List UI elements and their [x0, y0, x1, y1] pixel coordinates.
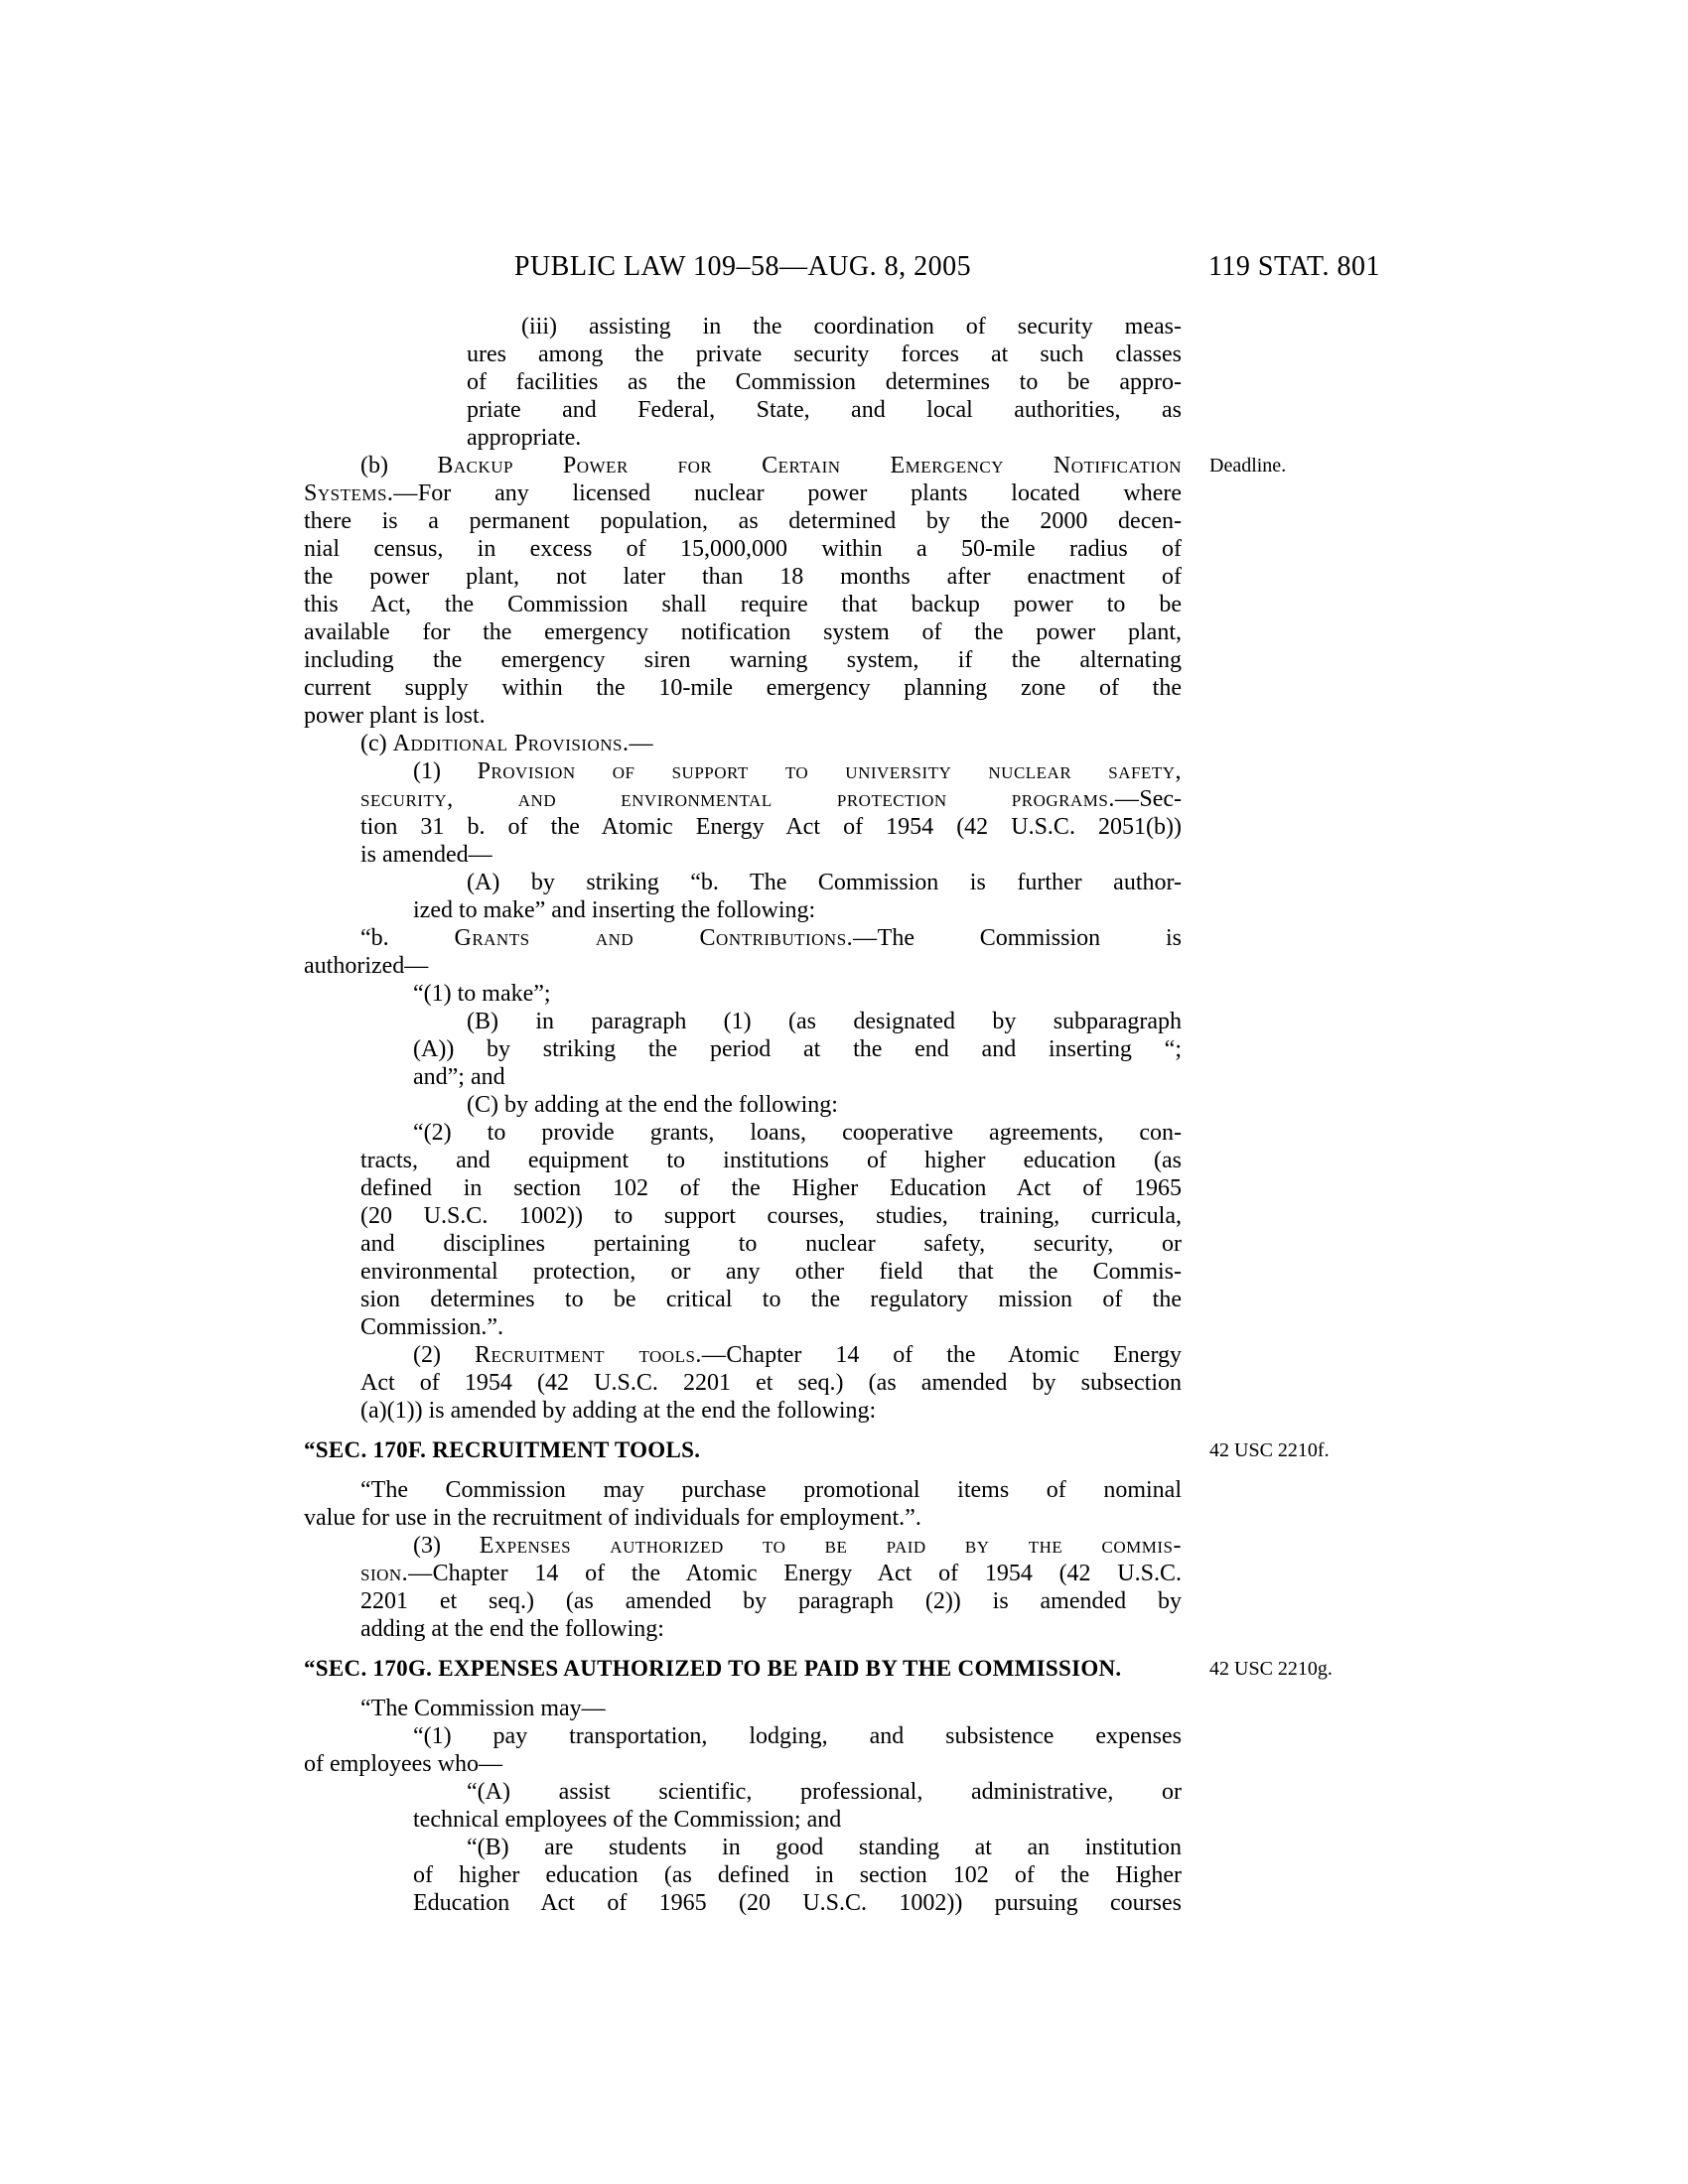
- text-run: nial census, in excess of 15,000,000 wit…: [304, 536, 1182, 562]
- bold-run: “SEC. 170G. EXPENSES AUTHORIZED TO BE PA…: [304, 1656, 1121, 1681]
- text-line: ized to make” and inserting the followin…: [304, 896, 1182, 924]
- text-line: “(1) to make”;: [304, 980, 1182, 1008]
- text-run: this Act, the Commission shall require t…: [304, 592, 1182, 617]
- text-line: tracts, and equipment to institutions of…: [304, 1147, 1182, 1174]
- text-run: “(B) are students in good standing at an…: [467, 1835, 1182, 1860]
- text-line: authorized—: [304, 952, 1182, 980]
- text-run: 2201 et seq.) (as amended by paragraph (…: [360, 1588, 1182, 1614]
- text-line: “(A) assist scientific, professional, ad…: [304, 1778, 1182, 1806]
- text-line: “The Commission may—: [304, 1695, 1182, 1722]
- text-line: (1) Provision of support to university n…: [304, 757, 1182, 785]
- text-run: Chapter 14 of the Atomic Energy: [726, 1342, 1182, 1368]
- page-header-stat-number: 119 STAT. 801: [304, 250, 1380, 284]
- section-heading-line: “SEC. 170G. EXPENSES AUTHORIZED TO BE PA…: [304, 1655, 1182, 1683]
- text-line: this Act, the Commission shall require t…: [304, 591, 1182, 618]
- text-line: (20 U.S.C. 1002)) to support courses, st…: [304, 1202, 1182, 1230]
- text-run: defined in section 102 of the Higher Edu…: [360, 1175, 1182, 1201]
- text-run: (a)(1)) is amended by adding at the end …: [360, 1398, 876, 1424]
- text-run: (iii) assisting in the coordination of s…: [521, 314, 1182, 340]
- text-line: Commission.”.: [304, 1313, 1182, 1341]
- text-run: priate and Federal, State, and local aut…: [467, 397, 1182, 423]
- text-run: (20 U.S.C. 1002)) to support courses, st…: [360, 1203, 1182, 1229]
- text-run: “(1) pay transportation, lodging, and su…: [413, 1723, 1182, 1749]
- text-run: (c): [360, 731, 393, 756]
- text-line: (iii) assisting in the coordination of s…: [304, 313, 1182, 341]
- text-run: of higher education (as defined in secti…: [413, 1862, 1182, 1888]
- text-run: the power plant, not later than 18 month…: [304, 564, 1182, 590]
- text-run: environmental protection, or any other f…: [360, 1259, 1182, 1285]
- margin-note-deadline: Deadline.: [1209, 452, 1398, 479]
- text-line: (C) by adding at the end the following:: [304, 1091, 1182, 1119]
- text-run: ures among the private security forces a…: [467, 341, 1182, 367]
- text-line: Education Act of 1965 (20 U.S.C. 1002)) …: [304, 1889, 1182, 1917]
- text-run: Education Act of 1965 (20 U.S.C. 1002)) …: [413, 1890, 1182, 1916]
- text-line: security, and environmental protection p…: [304, 785, 1182, 813]
- text-run: authorized—: [304, 953, 428, 979]
- text-run: “(2) to provide grants, loans, cooperati…: [413, 1120, 1182, 1146]
- text-run: sion determines to be critical to the re…: [360, 1287, 1182, 1312]
- text-run: current supply within the 10-mile emerge…: [304, 675, 1182, 701]
- text-line: value for use in the recruitment of indi…: [304, 1504, 1182, 1532]
- text-line: (c) Additional Provisions.—: [304, 730, 1182, 757]
- text-line: “(B) are students in good standing at an…: [304, 1834, 1182, 1861]
- small-caps-run: Systems.—: [304, 480, 418, 506]
- text-line: of facilities as the Commission determin…: [304, 368, 1182, 396]
- text-line: “b. Grants and Contributions.—The Commis…: [304, 924, 1182, 952]
- text-line: and disciplines pertaining to nuclear sa…: [304, 1230, 1182, 1258]
- text-line: “The Commission may purchase promotional…: [304, 1476, 1182, 1504]
- text-run: (C) by adding at the end the following:: [467, 1092, 838, 1118]
- text-run: of employees who—: [304, 1751, 502, 1777]
- text-line: technical employees of the Commission; a…: [304, 1806, 1182, 1834]
- text-line: (B) in paragraph (1) (as designated by s…: [304, 1008, 1182, 1035]
- text-run: (1): [413, 758, 478, 784]
- small-caps-run: Grants and Contributions.—: [454, 925, 877, 951]
- text-line: ures among the private security forces a…: [304, 341, 1182, 368]
- text-line: (A) by striking “b. The Commission is fu…: [304, 869, 1182, 896]
- text-run: and disciplines pertaining to nuclear sa…: [360, 1231, 1182, 1257]
- text-run: “(1) to make”;: [413, 981, 551, 1007]
- text-line: power plant is lost.: [304, 702, 1182, 730]
- text-run: (A) by striking “b. The Commission is fu…: [467, 870, 1182, 895]
- text-run: The Commission is: [878, 925, 1182, 951]
- text-run: Sec-: [1139, 786, 1182, 812]
- text-run: (2): [413, 1342, 475, 1368]
- margin-note-usc-2210g: 42 USC 2210g.: [1209, 1655, 1398, 1683]
- text-run: of facilities as the Commission determin…: [467, 369, 1182, 395]
- text-line: of employees who—: [304, 1750, 1182, 1778]
- text-run: power plant is lost.: [304, 703, 486, 729]
- text-run: tracts, and equipment to institutions of…: [360, 1148, 1182, 1173]
- text-line: nial census, in excess of 15,000,000 wit…: [304, 535, 1182, 563]
- text-run: tion 31 b. of the Atomic Energy Act of 1…: [360, 814, 1182, 840]
- text-line: defined in section 102 of the Higher Edu…: [304, 1174, 1182, 1202]
- small-caps-run: Expenses authorized to be paid by the co…: [480, 1533, 1182, 1559]
- section-heading-line: “SEC. 170F. RECRUITMENT TOOLS.: [304, 1436, 1182, 1464]
- text-line: adding at the end the following:: [304, 1615, 1182, 1643]
- text-run: is amended—: [360, 842, 492, 868]
- small-caps-run: Recruitment tools.—: [475, 1342, 726, 1368]
- text-line: current supply within the 10-mile emerge…: [304, 674, 1182, 702]
- text-line: (a)(1)) is amended by adding at the end …: [304, 1397, 1182, 1425]
- text-run: “b.: [360, 925, 454, 951]
- text-run: there is a permanent population, as dete…: [304, 508, 1182, 534]
- text-line: including the emergency siren warning sy…: [304, 646, 1182, 674]
- text-run: For any licensed nuclear power plants lo…: [418, 480, 1182, 506]
- text-run: Commission.”.: [360, 1314, 503, 1340]
- text-line: 2201 et seq.) (as amended by paragraph (…: [304, 1587, 1182, 1615]
- statute-page: PUBLIC LAW 109–58—AUG. 8, 2005 119 STAT.…: [0, 0, 1688, 2184]
- text-line: sion determines to be critical to the re…: [304, 1286, 1182, 1313]
- text-line: is amended—: [304, 841, 1182, 869]
- text-line: appropriate.: [304, 424, 1182, 452]
- text-run: “The Commission may purchase promotional…: [360, 1477, 1182, 1503]
- text-run: “The Commission may—: [360, 1696, 606, 1721]
- small-caps-run: Additional Provisions.—: [393, 731, 653, 756]
- text-run: (3): [413, 1533, 480, 1559]
- text-run: value for use in the recruitment of indi…: [304, 1505, 921, 1531]
- text-run: (b): [360, 453, 437, 478]
- bold-run: “SEC. 170F. RECRUITMENT TOOLS.: [304, 1437, 700, 1462]
- text-line: (2) Recruitment tools.—Chapter 14 of the…: [304, 1341, 1182, 1369]
- text-line: priate and Federal, State, and local aut…: [304, 396, 1182, 424]
- text-line: there is a permanent population, as dete…: [304, 507, 1182, 535]
- text-run: available for the emergency notification…: [304, 619, 1182, 645]
- text-run: “(A) assist scientific, professional, ad…: [467, 1779, 1182, 1805]
- text-line: available for the emergency notification…: [304, 618, 1182, 646]
- text-line: the power plant, not later than 18 month…: [304, 563, 1182, 591]
- text-line: “(2) to provide grants, loans, cooperati…: [304, 1119, 1182, 1147]
- text-run: technical employees of the Commission; a…: [413, 1807, 841, 1833]
- small-caps-run: sion.—: [360, 1561, 433, 1586]
- statute-text-column: (iii) assisting in the coordination of s…: [304, 313, 1182, 1917]
- small-caps-run: Backup Power for Certain Emergency Notif…: [437, 453, 1182, 478]
- small-caps-run: Provision of support to university nucle…: [478, 758, 1182, 784]
- text-line: (b) Backup Power for Certain Emergency N…: [304, 452, 1182, 479]
- small-caps-run: security, and environmental protection p…: [360, 786, 1139, 812]
- text-line: sion.—Chapter 14 of the Atomic Energy Ac…: [304, 1560, 1182, 1587]
- margin-note-usc-2210f: 42 USC 2210f.: [1209, 1436, 1398, 1464]
- text-run: ized to make” and inserting the followin…: [413, 897, 815, 923]
- text-line: (3) Expenses authorized to be paid by th…: [304, 1532, 1182, 1560]
- text-line: and”; and: [304, 1063, 1182, 1091]
- text-line: environmental protection, or any other f…: [304, 1258, 1182, 1286]
- text-line: (A)) by striking the period at the end a…: [304, 1035, 1182, 1063]
- text-run: including the emergency siren warning sy…: [304, 647, 1182, 673]
- text-line: tion 31 b. of the Atomic Energy Act of 1…: [304, 813, 1182, 841]
- text-line: of higher education (as defined in secti…: [304, 1861, 1182, 1889]
- text-run: appropriate.: [467, 425, 581, 451]
- text-run: (B) in paragraph (1) (as designated by s…: [467, 1009, 1182, 1034]
- text-line: “(1) pay transportation, lodging, and su…: [304, 1722, 1182, 1750]
- text-run: Chapter 14 of the Atomic Energy Act of 1…: [433, 1561, 1182, 1586]
- text-line: Act of 1954 (42 U.S.C. 2201 et seq.) (as…: [304, 1369, 1182, 1397]
- text-line: Systems.—For any licensed nuclear power …: [304, 479, 1182, 507]
- text-run: (A)) by striking the period at the end a…: [413, 1036, 1182, 1062]
- text-run: Act of 1954 (42 U.S.C. 2201 et seq.) (as…: [360, 1370, 1182, 1396]
- text-run: and”; and: [413, 1064, 505, 1090]
- text-run: adding at the end the following:: [360, 1616, 664, 1642]
